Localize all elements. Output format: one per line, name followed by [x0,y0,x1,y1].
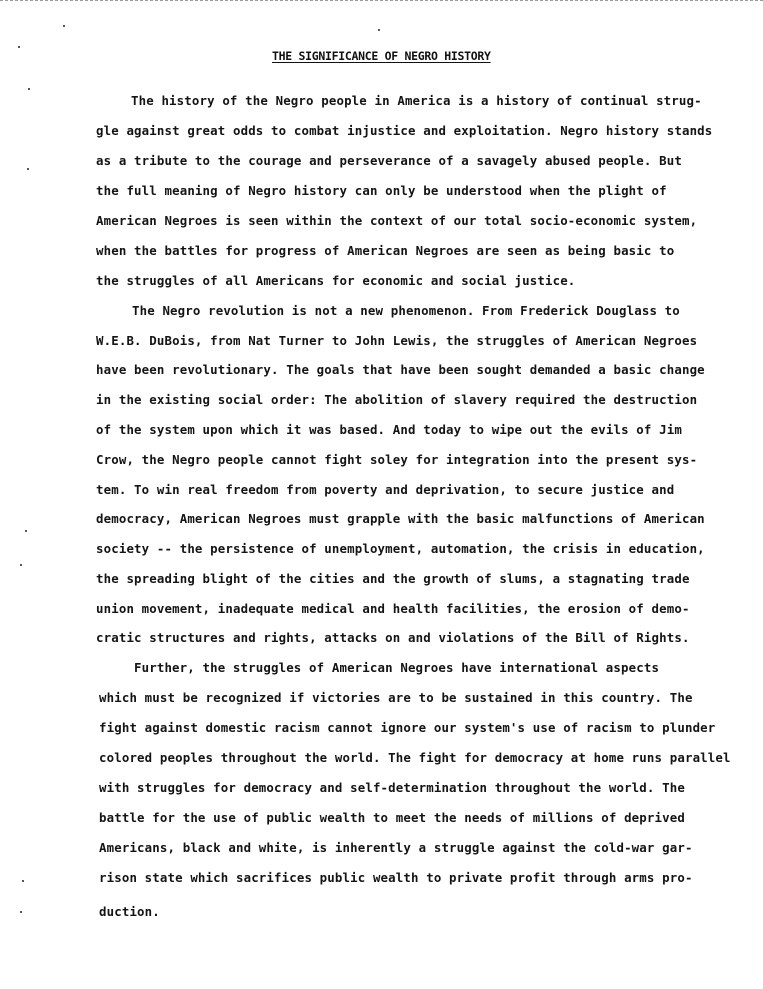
text-line: union movement, inadequate medical and h… [96,601,690,616]
text-line: colored peoples throughout the world. Th… [99,750,731,765]
text-line: have been revolutionary. The goals that … [96,362,705,377]
text-line: as a tribute to the courage and persever… [96,153,682,168]
scan-speck [27,168,29,170]
scan-speck [20,911,22,913]
document-title: THE SIGNIFICANCE OF NEGRO HISTORY [272,49,491,63]
text-line: cratic structures and rights, attacks on… [96,630,690,645]
text-line: in the existing social order: The abolit… [96,392,697,407]
text-line: the struggles of all Americans for econo… [96,273,575,288]
text-line: the spreading blight of the cities and t… [96,571,690,586]
scan-speck [378,29,380,31]
text-line: with struggles for democracy and self-de… [99,780,685,795]
text-line: which must be recognized if victories ar… [99,690,693,705]
scan-speck [28,88,30,90]
text-line: gle against great odds to combat injusti… [96,123,712,138]
text-line: American Negroes is seen within the cont… [96,213,697,228]
document-page: THE SIGNIFICANCE OF NEGRO HISTORY The hi… [0,0,763,989]
text-line: battle for the use of public wealth to m… [99,810,685,825]
text-line: the full meaning of Negro history can on… [96,183,667,198]
text-line: of the system upon which it was based. A… [96,422,682,437]
text-line: when the battles for progress of America… [96,243,674,258]
text-line: W.E.B. DuBois, from Nat Turner to John L… [96,333,697,348]
text-line: The history of the Negro people in Ameri… [131,93,702,108]
text-line: democracy, American Negroes must grapple… [96,511,705,526]
text-line: tem. To win real freedom from poverty an… [96,482,674,497]
text-line: The Negro revolution is not a new phenom… [132,303,680,318]
text-line: Americans, black and white, is inherentl… [99,840,693,855]
text-line: rison state which sacrifices public weal… [99,870,693,885]
text-line: fight against domestic racism cannot ign… [99,720,715,735]
scan-speck [63,25,65,27]
scan-speck [25,530,27,532]
text-line: Further, the struggles of American Negro… [134,660,659,675]
scan-speck [22,880,24,882]
scan-speck [20,564,22,566]
text-line: Crow, the Negro people cannot fight sole… [96,452,697,467]
text-line: duction. [99,904,160,919]
text-line: society -- the persistence of unemployme… [96,541,705,556]
scan-speck [18,46,20,48]
